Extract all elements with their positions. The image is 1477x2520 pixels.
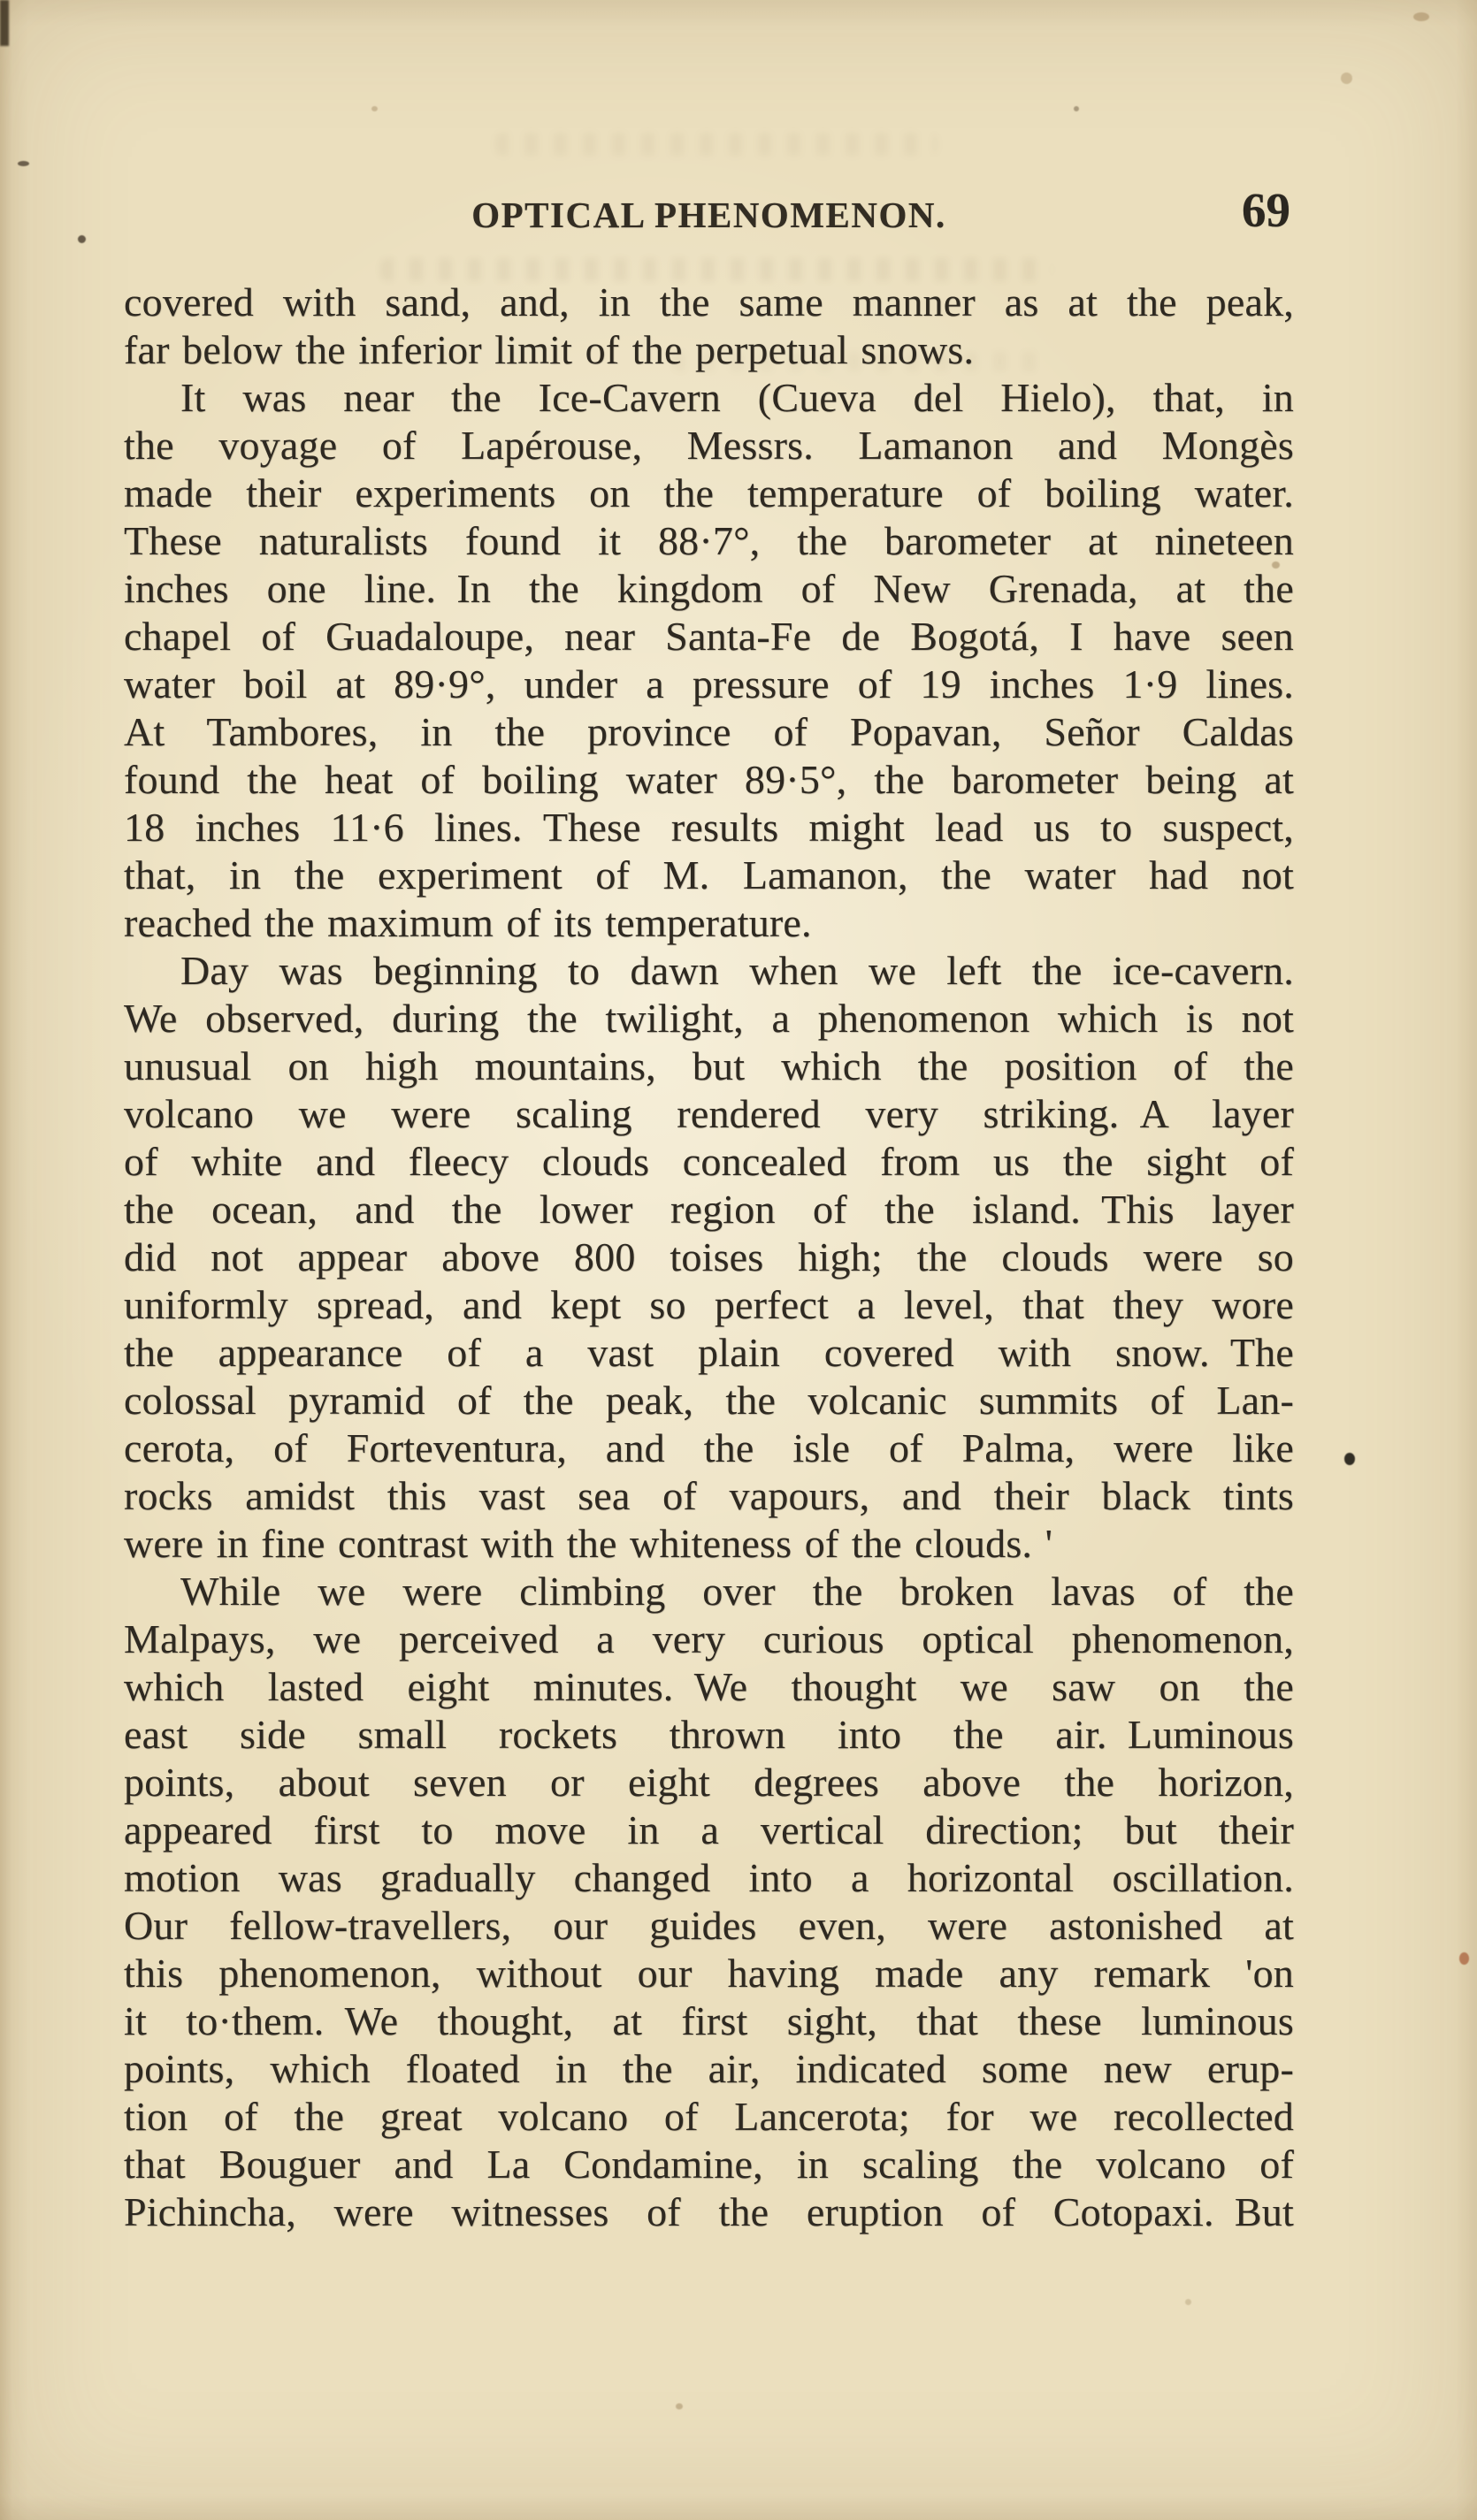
text-line: While we were climbing over the broken l… xyxy=(124,1568,1294,1615)
scan-corner-mark xyxy=(0,0,9,46)
foxing-speck xyxy=(676,2403,683,2409)
text-line: Malpays, we perceived a very curious opt… xyxy=(124,1615,1294,1663)
text-line: colossal pyramid of the peak, the volcan… xyxy=(124,1377,1294,1424)
ink-speck xyxy=(78,235,86,243)
foxing-speck xyxy=(371,106,378,111)
paragraph: It was near the Ice-Cavern (Cueva del Hi… xyxy=(124,374,1294,947)
foxing-speck xyxy=(1413,12,1429,21)
text-line: covered with sand, and, in the same mann… xyxy=(124,279,1294,326)
page-body: covered with sand, and, in the same mann… xyxy=(124,279,1294,2236)
paragraph: Day was beginning to dawn when we left t… xyxy=(124,947,1294,1568)
text-line: east side small rockets thrown into the … xyxy=(124,1711,1294,1759)
text-line: chapel of Guadaloupe, near Santa-Fe de B… xyxy=(124,613,1294,661)
showthrough-ghost xyxy=(495,133,937,156)
ink-speck xyxy=(1074,106,1079,111)
foxing-speck xyxy=(1341,73,1352,84)
paragraph: While we were climbing over the broken l… xyxy=(124,1568,1294,2236)
red-speck xyxy=(1459,1952,1469,1965)
text-line: Our fellow-travellers, our guides even, … xyxy=(124,1902,1294,1950)
ink-speck xyxy=(18,161,29,166)
paragraph: covered with sand, and, in the same mann… xyxy=(124,279,1294,374)
text-line: inches one line. In the kingdom of New G… xyxy=(124,565,1294,613)
text-line: it to·them. We thought, at first sight, … xyxy=(124,1997,1294,2045)
foxing-speck xyxy=(1185,2299,1191,2305)
text-line: that, in the experiment of M. Lamanon, t… xyxy=(124,851,1294,899)
text-line: Pichincha, were witnesses of the eruptio… xyxy=(124,2188,1294,2236)
text-line: found the heat of boiling water 89·5°, t… xyxy=(124,756,1294,804)
text-line: of white and fleecy clouds concealed fro… xyxy=(124,1138,1294,1186)
text-line: 18 inches 11·6 lines. These results migh… xyxy=(124,804,1294,851)
text-line: rocks amidst this vast sea of vapours, a… xyxy=(124,1472,1294,1520)
text-line: These naturalists found it 88·7°, the ba… xyxy=(124,517,1294,565)
book-page-scan: OPTICAL PHENOMENON. 69 covered with sand… xyxy=(0,0,1477,2520)
text-line: far below the inferior limit of the perp… xyxy=(124,326,1294,374)
text-line: points, about seven or eight degrees abo… xyxy=(124,1759,1294,1806)
text-line: that Bouguer and La Condamine, in scalin… xyxy=(124,2141,1294,2188)
text-line: motion was gradually changed into a hori… xyxy=(124,1854,1294,1902)
text-line: At Tambores, in the province of Popavan,… xyxy=(124,708,1294,756)
text-line: water boil at 89·9°, under a pressure of… xyxy=(124,661,1294,708)
text-line: We observed, during the twilight, a phen… xyxy=(124,995,1294,1042)
text-line: the appearance of a vast plain covered w… xyxy=(124,1329,1294,1377)
text-line: volcano we were scaling rendered very st… xyxy=(124,1090,1294,1138)
text-line: tion of the great volcano of Lancerota; … xyxy=(124,2093,1294,2141)
text-line: appeared first to move in a vertical dir… xyxy=(124,1806,1294,1854)
text-line: reached the maximum of its temperature. xyxy=(124,899,1294,947)
page-number: 69 xyxy=(1242,187,1290,233)
text-line: this phenomenon, without our having made… xyxy=(124,1950,1294,1997)
text-line: did not appear above 800 toises high; th… xyxy=(124,1233,1294,1281)
text-line: uniformly spread, and kept so perfect a … xyxy=(124,1281,1294,1329)
text-line: which lasted eight minutes. We thought w… xyxy=(124,1663,1294,1711)
text-line: the ocean, and the lower region of the i… xyxy=(124,1186,1294,1233)
text-line: unusual on high mountains, but which the… xyxy=(124,1042,1294,1090)
text-line: were in fine contrast with the whiteness… xyxy=(124,1520,1294,1568)
text-line: cerota, of Forteventura, and the isle of… xyxy=(124,1424,1294,1472)
running-title: OPTICAL PHENOMENON. xyxy=(124,196,1294,233)
text-line: made their experiments on the temperatur… xyxy=(124,470,1294,517)
text-line: the voyage of Lapérouse, Messrs. Lamanon… xyxy=(124,422,1294,470)
text-line: Day was beginning to dawn when we left t… xyxy=(124,947,1294,995)
text-line: It was near the Ice-Cavern (Cueva del Hi… xyxy=(124,374,1294,422)
ink-speck xyxy=(1344,1453,1355,1465)
text-line: points, which floated in the air, indica… xyxy=(124,2045,1294,2093)
